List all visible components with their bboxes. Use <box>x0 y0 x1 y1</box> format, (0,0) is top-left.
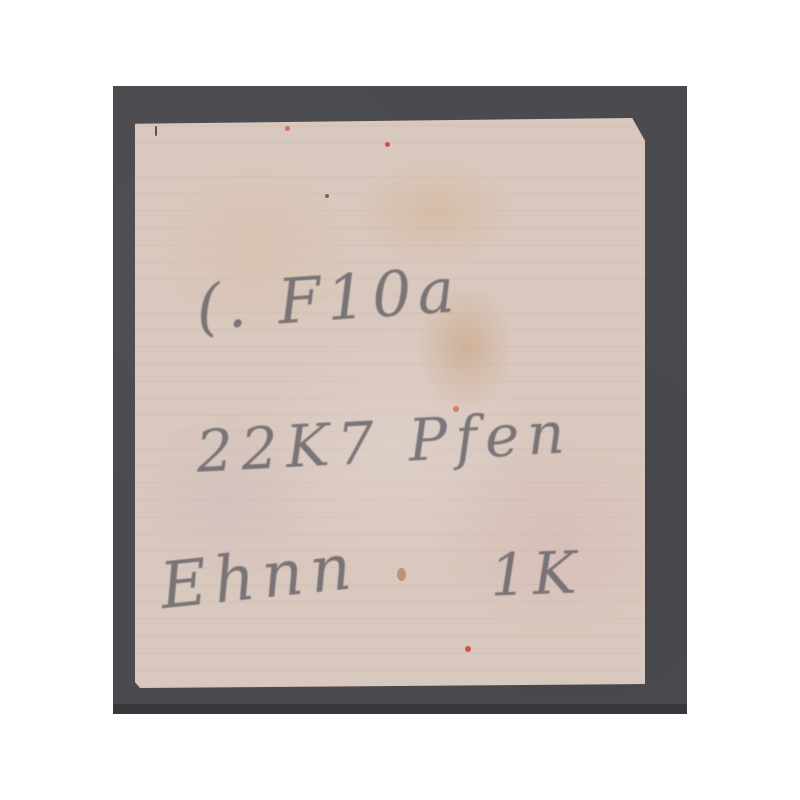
pencil-inscription-line-3-right: 1K <box>489 538 584 609</box>
mount-bottom-edge <box>113 704 687 714</box>
red-fleck <box>385 142 390 147</box>
brown-spot <box>397 568 406 581</box>
dark-fleck <box>325 194 329 198</box>
image-description: Back of an imperforate postage stamp on … <box>0 0 1 1</box>
red-fleck <box>465 646 471 652</box>
red-fleck <box>285 126 290 131</box>
dark-fleck <box>155 126 157 136</box>
